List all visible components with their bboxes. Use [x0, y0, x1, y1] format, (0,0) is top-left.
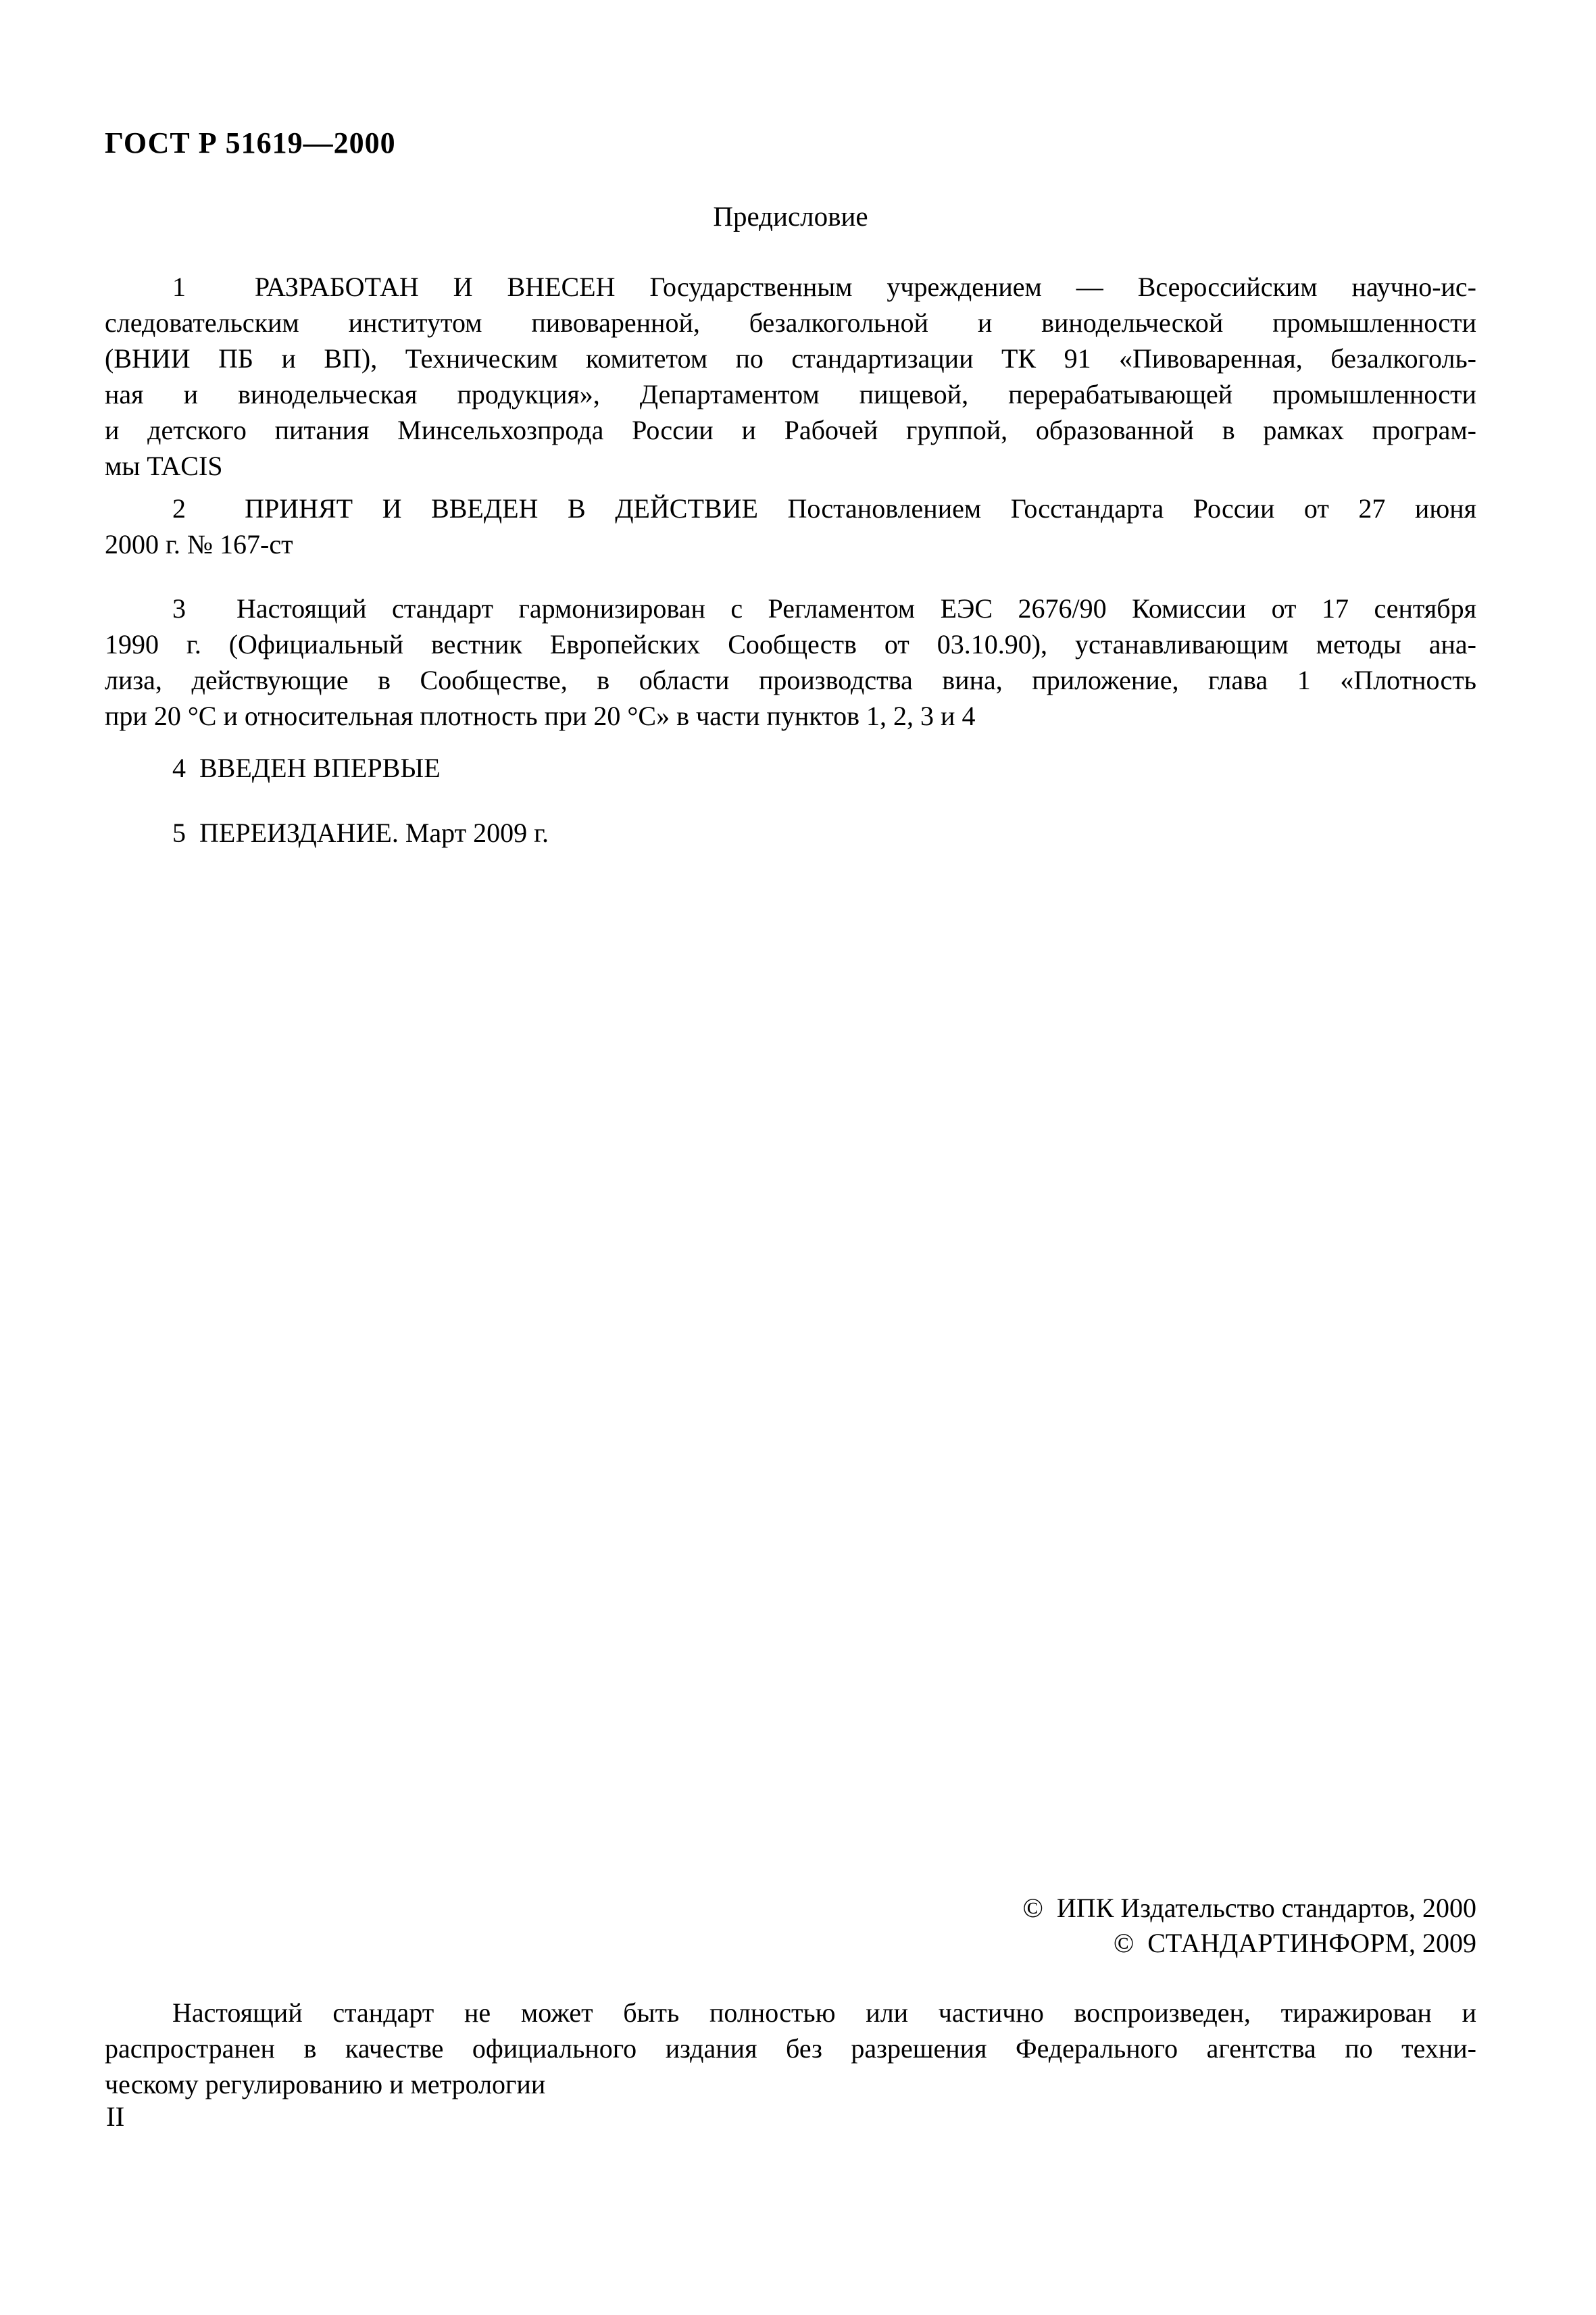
paragraph-line: при 20 °С и относительная плотность при …	[105, 698, 1476, 734]
paragraph-line: следовательским институтом пивоваренной,…	[105, 305, 1476, 341]
copyright-block: © ИПК Издательство стандартов, 2000 © СТ…	[1023, 1891, 1476, 1961]
preface-item-3: 3 Настоящий стандарт гармонизирован с Ре…	[105, 591, 1476, 734]
paragraph-line: лиза, действующие в Сообществе, в област…	[105, 662, 1476, 698]
section-title: Предисловие	[105, 200, 1476, 232]
paragraph-line: и детского питания Минсельхозпрода Росси…	[105, 412, 1476, 448]
preface-item-4: 4 ВВЕДЕН ВПЕРВЫЕ	[105, 750, 1476, 786]
paragraph-line: 2000 г. № 167-ст	[105, 526, 1476, 562]
copyright-line-2009: © СТАНДАРТИНФОРМ, 2009	[1023, 1926, 1476, 1961]
paragraph-line: мы TACIS	[105, 448, 1476, 484]
page-number: II	[106, 2100, 124, 2133]
document-page: ГОСТ Р 51619—2000 Предисловие 1 РАЗРАБОТ…	[0, 0, 1596, 2315]
paragraph-line: 5 ПЕРЕИЗДАНИЕ. Март 2009 г.	[105, 815, 1476, 851]
paragraph-line: 2 ПРИНЯТ И ВВЕДЕН В ДЕЙСТВИЕ Постановлен…	[105, 491, 1476, 526]
doc-code: ГОСТ Р 51619—2000	[105, 126, 396, 160]
paragraph-line: ческому регулированию и метрологии	[105, 2066, 1476, 2102]
paragraph-line: 1 РАЗРАБОТАН И ВНЕСЕН Государственным уч…	[105, 269, 1476, 305]
preface-item-1: 1 РАЗРАБОТАН И ВНЕСЕН Государственным уч…	[105, 269, 1476, 484]
paragraph-line: ная и винодельческая продукция», Департа…	[105, 376, 1476, 412]
copyright-line-2000: © ИПК Издательство стандартов, 2000	[1023, 1891, 1476, 1926]
paragraph-line: 4 ВВЕДЕН ВПЕРВЫЕ	[105, 750, 1476, 786]
preface-item-2: 2 ПРИНЯТ И ВВЕДЕН В ДЕЙСТВИЕ Постановлен…	[105, 491, 1476, 562]
paragraph-line: Настоящий стандарт не может быть полност…	[105, 1995, 1476, 2031]
reproduction-note: Настоящий стандарт не может быть полност…	[105, 1995, 1476, 2102]
preface-item-5: 5 ПЕРЕИЗДАНИЕ. Март 2009 г.	[105, 815, 1476, 851]
paragraph-line: 3 Настоящий стандарт гармонизирован с Ре…	[105, 591, 1476, 626]
paragraph-line: (ВНИИ ПБ и ВП), Техническим комитетом по…	[105, 341, 1476, 376]
paragraph-line: распространен в качестве официального из…	[105, 2031, 1476, 2066]
paragraph-line: 1990 г. (Официальный вестник Европейских…	[105, 626, 1476, 662]
